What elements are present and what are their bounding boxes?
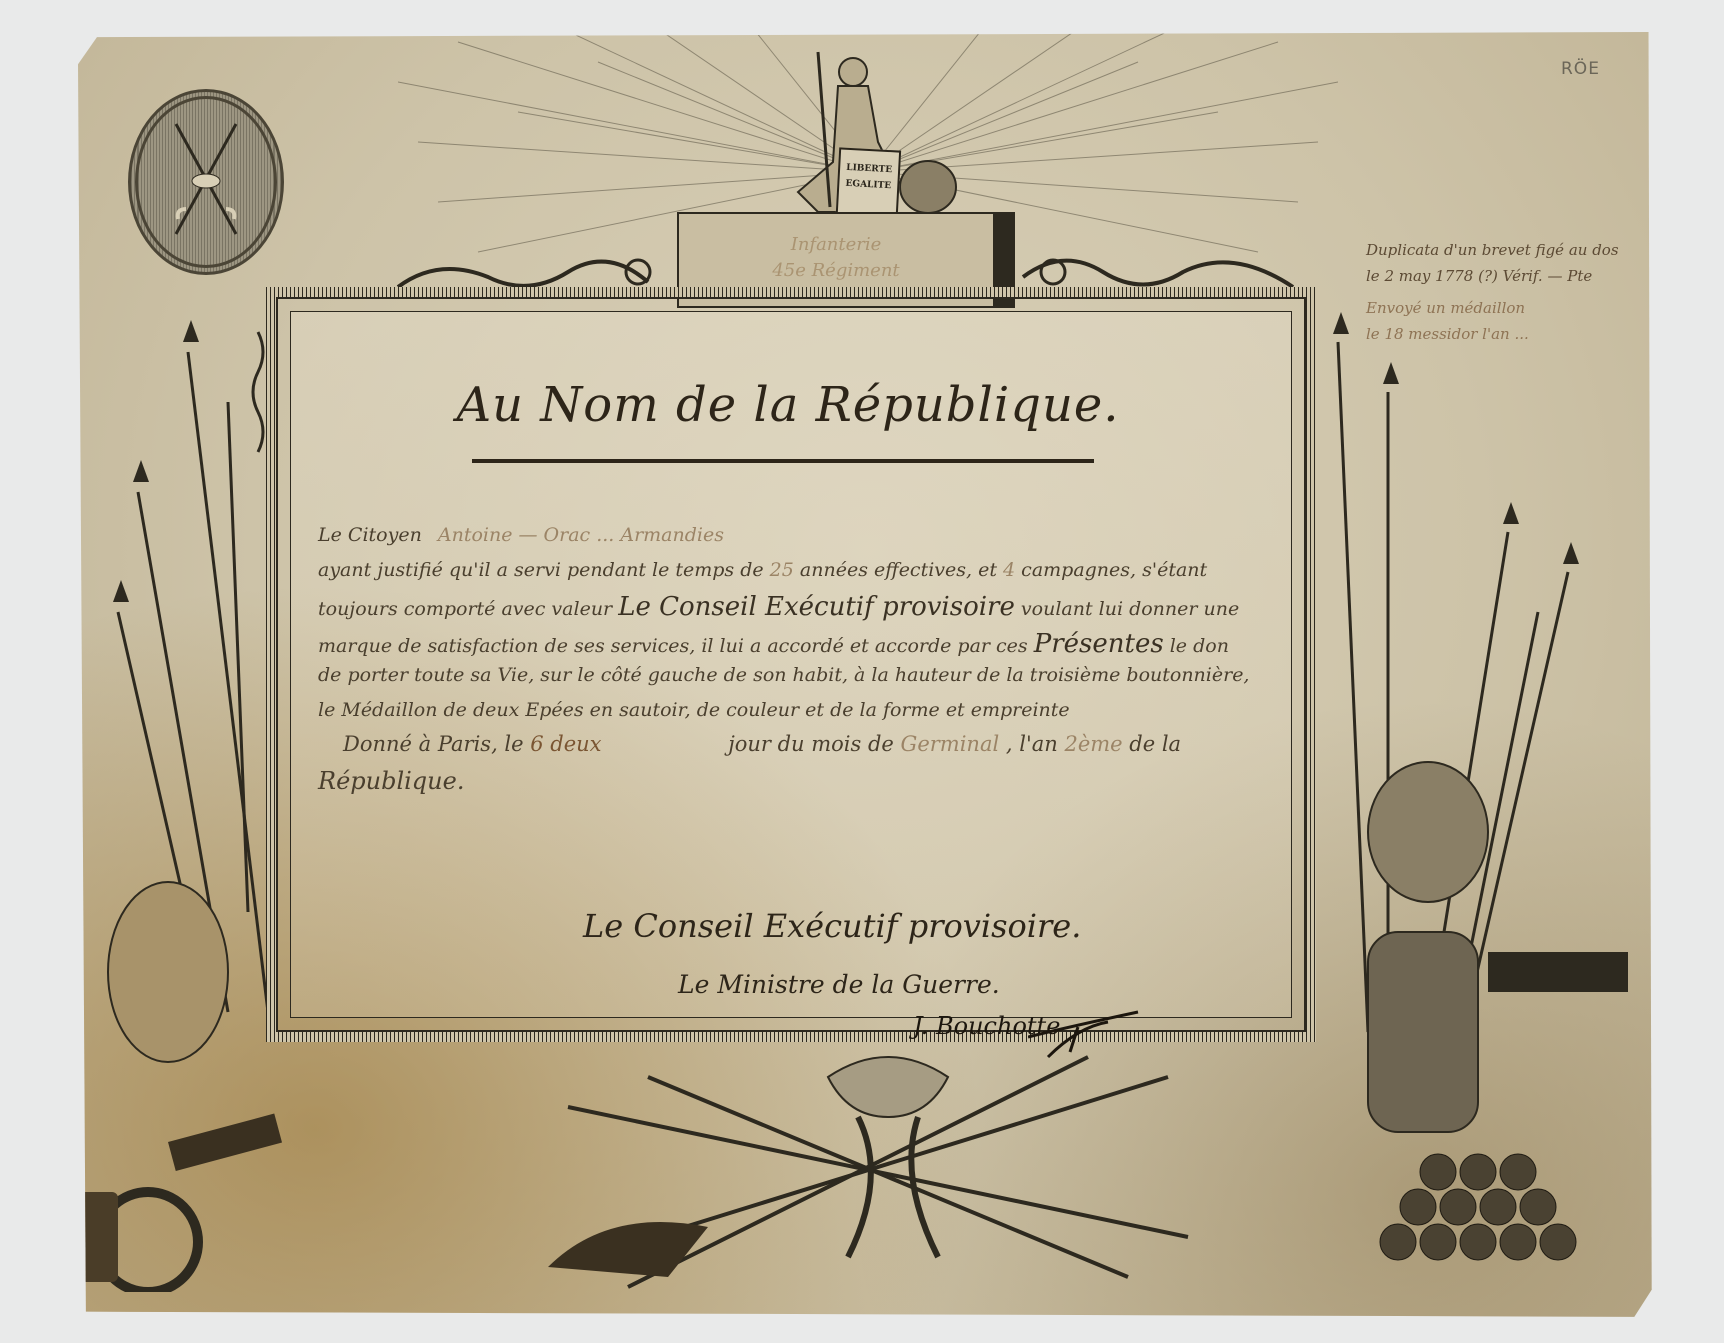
- day-manuscript: 6 deux: [530, 732, 601, 756]
- citoyen-label: Le Citoyen: [318, 524, 422, 546]
- signature-flourish-icon: [1028, 1007, 1148, 1067]
- month-manuscript: Germinal: [901, 732, 1000, 756]
- title-underline: [472, 459, 1094, 463]
- jour-du-mois-text: jour du mois de: [728, 732, 894, 756]
- crossed-swords-icon: [138, 99, 274, 265]
- body-line-2: ayant justifié qu'il a servi pendant le …: [318, 559, 1268, 581]
- donne-a-paris-text: Donné à Paris, le: [343, 732, 524, 756]
- year-manuscript: 2ème: [1064, 732, 1122, 756]
- body-line-7: Donné à Paris, le 6 deux jour du mois de…: [318, 732, 1268, 756]
- annotation-line-1: Duplicata d'un brevet figé au dos: [1366, 237, 1656, 263]
- body-line-8: République.: [318, 767, 1268, 795]
- body-line-5: de porter toute sa Vie, sur le côté gauc…: [318, 664, 1268, 686]
- de-la-text: de la: [1129, 732, 1181, 756]
- satisfaction-text: marque de satisfaction de ses services, …: [318, 635, 1028, 657]
- years-served-manuscript: 25: [770, 559, 794, 581]
- body-line-3: toujours comporté avec valeur Le Conseil…: [318, 592, 1268, 622]
- body-line-6: le Médaillon de deux Epées en sautoir, d…: [318, 699, 1268, 721]
- presentes-emphasis: Présentes: [1034, 629, 1164, 659]
- recipient-name-manuscript: Antoine — Orac ... Armandies: [438, 524, 724, 546]
- certificate-paper: RÖE LIBERT: [78, 32, 1658, 1322]
- service-text: ayant justifié qu'il a servi pendant le …: [318, 559, 764, 581]
- council-closing: Le Conseil Exécutif provisoire.: [583, 907, 1081, 945]
- body-line-4: marque de satisfaction de ses services, …: [318, 629, 1268, 659]
- minister-closing: Le Ministre de la Guerre.: [678, 970, 1000, 999]
- an-text: , l'an: [1006, 732, 1058, 756]
- body-line-1: Le Citoyen Antoine — Orac ... Armandies: [318, 524, 1268, 546]
- archive-mark: RÖE: [1561, 59, 1600, 79]
- certificate-title: Au Nom de la République.: [308, 377, 1268, 433]
- conseil-executif-emphasis: Le Conseil Exécutif provisoire: [618, 592, 1015, 622]
- right-weapons-trophy-icon: [1308, 312, 1658, 1292]
- pedestal-manuscript-line-1: Infanterie: [679, 232, 993, 258]
- intent-text: voulant lui donner une: [1021, 598, 1239, 620]
- campaigns-text: campagnes, s'étant: [1021, 559, 1207, 581]
- crossed-swords-medallion-icon: [128, 89, 284, 275]
- annotation-line-2: le 2 may 1778 (?) Vérif. — Pte: [1366, 263, 1656, 289]
- campaigns-manuscript: 4: [1003, 559, 1015, 581]
- don-text: le don: [1170, 635, 1229, 657]
- tablet-line-2: EGALITE: [839, 176, 898, 195]
- pedestal-manuscript-line-2: 45e Régiment: [679, 258, 993, 284]
- years-text: années effectives, et: [800, 559, 997, 581]
- conduct-text: toujours comporté avec valeur: [318, 598, 612, 620]
- bottom-weapons-trophy-icon: [528, 1037, 1248, 1322]
